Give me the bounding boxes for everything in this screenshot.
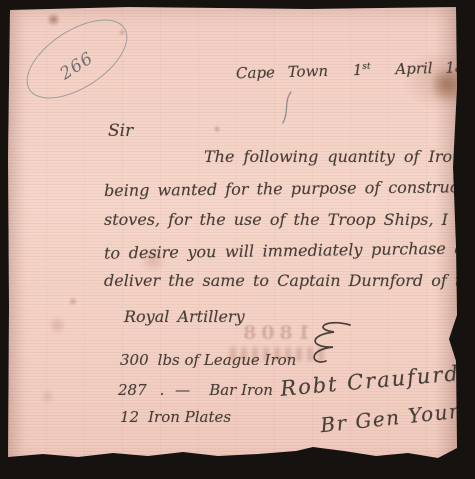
paper-stain bbox=[68, 297, 78, 306]
letter-paper: 1808 266 Cape Town 1st April 1807 Sir Th… bbox=[8, 7, 457, 467]
item-quantity: 287 bbox=[118, 381, 147, 399]
body-line: to desire you will immediately purchase … bbox=[104, 238, 475, 262]
item-quantity: 300 bbox=[120, 351, 149, 369]
item-ditto-mark: . — bbox=[160, 381, 194, 399]
body-line: stoves, for the use of the Troop Ships, … bbox=[104, 210, 475, 229]
paper-stain bbox=[46, 13, 61, 26]
paper-stain bbox=[213, 125, 221, 133]
body-line: The following quantity of Iron bbox=[204, 147, 462, 166]
signature-flourish bbox=[298, 317, 356, 369]
item-description: Bar Iron bbox=[209, 381, 273, 399]
dateline-month-year: April 1807 bbox=[395, 58, 475, 78]
item-description: lbs of League Iron bbox=[158, 351, 297, 369]
item-row: 12 Iron Plates bbox=[120, 408, 231, 426]
archival-number-stamp: 266 bbox=[13, 4, 140, 115]
salutation: Sir bbox=[108, 121, 133, 141]
dateline-ordinal: st bbox=[362, 62, 371, 72]
body-line: being wanted for the purpose of construc… bbox=[104, 177, 475, 200]
paper-stain bbox=[50, 313, 65, 337]
item-quantity: 12 bbox=[120, 408, 139, 426]
item-row: 287 . — Bar Iron bbox=[118, 381, 273, 399]
body-line: deliver the same to Captain Durnford of … bbox=[104, 271, 475, 290]
dateline-place: Cape Town bbox=[236, 62, 328, 82]
pen-stroke bbox=[280, 91, 296, 125]
archival-number: 266 bbox=[57, 48, 98, 84]
item-description: Iron Plates bbox=[148, 408, 231, 426]
dateline-day: 1st bbox=[353, 61, 371, 79]
paper-stain bbox=[41, 389, 54, 404]
body-line: Royal Artillery bbox=[124, 307, 245, 326]
signature-young: Br Gen Young bbox=[319, 397, 475, 437]
item-row: 300 lbs of League Iron bbox=[120, 351, 296, 369]
